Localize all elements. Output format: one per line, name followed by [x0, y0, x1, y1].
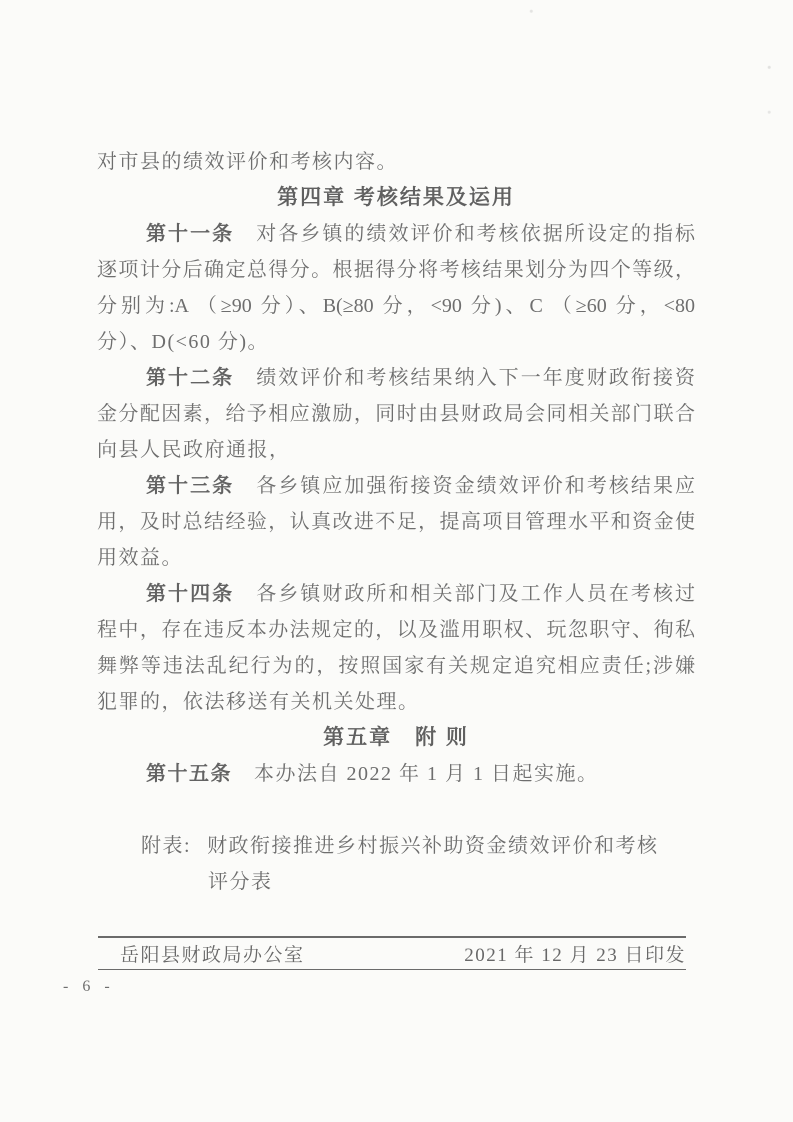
chapter-4-heading: 第四章 考核结果及运用	[97, 180, 695, 216]
article-12-line-1: 第十二条绩效评价和考核结果纳入下一年度财政衔接资	[97, 360, 695, 396]
article-14-line-1: 第十四条各乡镇财政所和相关部门及工作人员在考核过	[97, 576, 695, 612]
article-14-line-3: 舞弊等违法乱纪行为的，按照国家有关规定追究相应责任;涉嫌	[97, 648, 695, 684]
article-14-number: 第十四条	[146, 583, 234, 605]
article-11-line-4: 分）、D(<60 分)。	[97, 324, 695, 360]
blank-line	[97, 792, 695, 828]
annex-label: 附表:	[141, 835, 191, 857]
article-12-line-2: 金分配因素，给予相应激励，同时由县财政局会同相关部门联合	[97, 396, 695, 432]
article-14-text-1: 各乡镇财政所和相关部门及工作人员在考核过	[256, 583, 695, 605]
article-11-line-2: 逐项计分后确定总得分。根据得分将考核结果划分为四个等级，	[97, 252, 695, 288]
article-11-line-3: 分别为:A （≥90 分）、B(≥80 分，<90 分)、C （≥60 分，<8…	[97, 288, 695, 324]
article-12-number: 第十二条	[146, 367, 234, 389]
chapter-5-heading: 第五章 附 则	[97, 720, 695, 756]
article-11-line-1: 第十一条对各乡镇的绩效评价和考核依据所设定的指标	[97, 216, 695, 252]
print-date: 2021 年 12 月 23 日印发	[464, 940, 686, 967]
article-13-line-2: 用，及时总结经验，认真改进不足，提高项目管理水平和资金使	[97, 504, 695, 540]
article-11-number: 第十一条	[146, 223, 234, 245]
article-11-text-1: 对各乡镇的绩效评价和考核依据所设定的指标	[256, 223, 695, 245]
article-15-line-1: 第十五条本办法自 2022 年 1 月 1 日起实施。	[97, 756, 695, 792]
article-13-line-1: 第十三条各乡镇应加强衔接资金绩效评价和考核结果应	[97, 468, 695, 504]
colophon-bottom-rule	[98, 969, 686, 971]
page-number: - 6 -	[63, 978, 115, 996]
colophon-row: 岳阳县财政局办公室 2021 年 12 月 23 日印发	[98, 938, 686, 969]
issuing-office: 岳阳县财政局办公室	[120, 940, 305, 967]
annex-title-1: 财政衔接推进乡村振兴补助资金绩效评价和考核	[207, 835, 659, 857]
article-15-text-1: 本办法自 2022 年 1 月 1 日起实施。	[254, 763, 599, 785]
article-12-text-1: 绩效评价和考核结果纳入下一年度财政衔接资	[256, 367, 695, 389]
colophon-block: 岳阳县财政局办公室 2021 年 12 月 23 日印发	[98, 936, 686, 970]
scanned-document-page: 对市县的绩效评价和考核内容。 第四章 考核结果及运用 第十一条对各乡镇的绩效评价…	[0, 0, 793, 1122]
annex-note-line-2: 评分表	[97, 864, 695, 900]
article-13-line-3: 用效益。	[97, 540, 695, 576]
article-14-line-4: 犯罪的，依法移送有关机关处理。	[97, 684, 695, 720]
article-14-line-2: 程中，存在违反本办法规定的，以及滥用职权、玩忽职守、徇私	[97, 612, 695, 648]
paragraph-continuation-line: 对市县的绩效评价和考核内容。	[97, 144, 695, 180]
document-body: 对市县的绩效评价和考核内容。 第四章 考核结果及运用 第十一条对各乡镇的绩效评价…	[97, 144, 695, 900]
article-15-number: 第十五条	[146, 763, 232, 785]
annex-note-line-1: 附表:财政衔接推进乡村振兴补助资金绩效评价和考核	[97, 828, 695, 864]
article-13-number: 第十三条	[146, 475, 234, 497]
article-13-text-1: 各乡镇应加强衔接资金绩效评价和考核结果应	[256, 475, 695, 497]
article-12-line-3: 向县人民政府通报，	[97, 432, 695, 468]
